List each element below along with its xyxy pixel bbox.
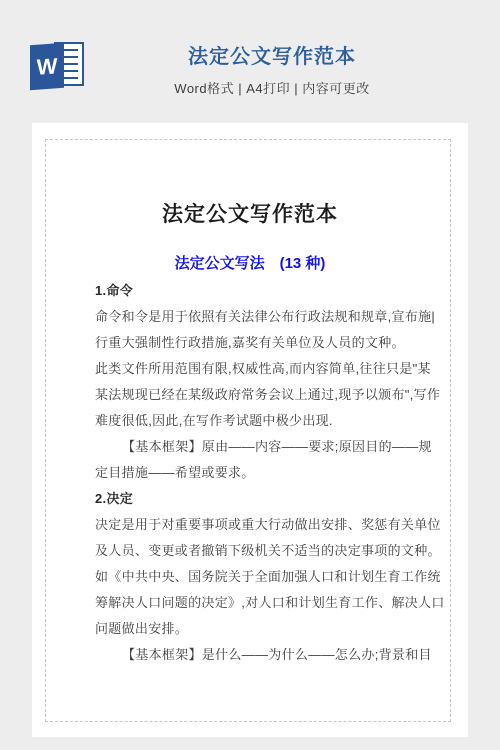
document-title: 法定公文写作范本 — [32, 201, 468, 229]
body-line: 及人员、变更或者撤销下级机关不适当的决定事项的文种。 — [95, 538, 468, 564]
body-line: 难度很低,因此,在写作考试题中极少出现. — [95, 408, 468, 434]
header: W 法定公文写作范本 Word格式 | A4打印 | 内容可更改 — [0, 0, 500, 123]
body-line: 行重大强制性行政措施,嘉奖有关单位及人员的文种。 — [95, 330, 468, 356]
body-line: 定目措施——希望或要求。 — [95, 460, 468, 486]
body-line: 筹解决人口问题的决定》,对人口和计划生育工作、解决人口 — [95, 590, 468, 616]
body-line: 某法规现已经在某级政府常务会议上通过,现予以颁布",写作 — [95, 382, 468, 408]
body-line: 问题做出安排。 — [95, 616, 468, 642]
document-body: 1.命令命令和令是用于依照有关法律公布行政法规和规章,宣布施|行重大强制性行政措… — [32, 278, 468, 668]
body-line: 1.命令 — [95, 278, 468, 304]
page-content: 法定公文写作范本 法定公文写法 (13 种) 1.命令命令和令是用于依照有关法律… — [32, 123, 468, 737]
body-line: 此类文件所用范围有限,权威性高,而内容简单,往往只是"某 — [95, 356, 468, 382]
header-text: 法定公文写作范本 Word格式 | A4打印 | 内容可更改 — [44, 40, 500, 97]
body-line: 决定是用于对重要事项或重大行动做出安排、奖惩有关单位 — [95, 512, 468, 538]
body-line: 命令和令是用于依照有关法律公布行政法规和规章,宣布施| — [95, 304, 468, 330]
header-subtitle: Word格式 | A4打印 | 内容可更改 — [44, 78, 500, 97]
body-line: 【基本框架】原由——内容——要求;原因目的——规 — [95, 434, 468, 460]
body-line: 2.决定 — [95, 486, 468, 512]
document-subtitle-heading: 法定公文写法 (13 种) — [32, 254, 468, 274]
body-line: 如《中共中央、国务院关于全面加强人口和计划生育工作统 — [95, 564, 468, 590]
body-line: 【基本框架】是什么——为什么——怎么办;背景和目 — [95, 642, 468, 668]
document-page-preview: 法定公文写作范本 法定公文写法 (13 种) 1.命令命令和令是用于依照有关法律… — [32, 123, 468, 737]
header-title: 法定公文写作范本 — [44, 40, 500, 69]
